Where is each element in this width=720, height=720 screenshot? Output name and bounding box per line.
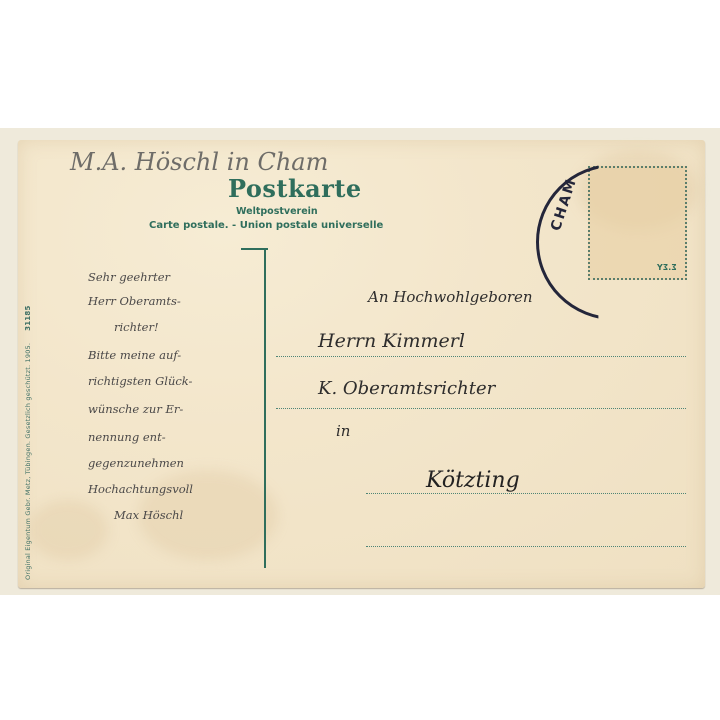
address-city: Kötzting	[426, 468, 520, 493]
address-dotted-line	[276, 356, 686, 357]
message-line: Herr Oberamts-	[88, 294, 181, 308]
message-line: richter!	[114, 320, 159, 334]
message-line: richtigsten Glück-	[88, 374, 192, 388]
catalog-number: 31185	[24, 305, 32, 330]
address-line: Herrn Kimmerl	[318, 330, 465, 352]
publisher-imprint: Original Eigentum Gebr. Metz, Tübingen. …	[24, 305, 32, 580]
message-line: nennung ent-	[88, 430, 166, 444]
address-dotted-line	[366, 493, 686, 494]
address-line: K. Oberamtsrichter	[318, 378, 495, 399]
stain	[28, 500, 108, 560]
address-line: An Hochwohlgeboren	[368, 288, 533, 306]
message-line: Sehr geehrter	[88, 270, 170, 284]
postcard-union-line: Carte postale. - Union postale universel…	[149, 220, 383, 231]
postcard-subtitle: Weltpostverein	[236, 206, 318, 217]
sender-handwriting: M.A. Höschl in Cham	[70, 148, 328, 176]
stamp-area: Σ.ΣΥ	[588, 166, 687, 280]
postcard-title: Postkarte	[228, 174, 362, 203]
message-line: Max Höschl	[114, 508, 183, 522]
address-dotted-line	[366, 546, 686, 547]
publisher-line: Original Eigentum Gebr. Metz, Tübingen. …	[24, 343, 32, 580]
address-line: in	[336, 422, 350, 440]
address-dotted-line	[276, 408, 686, 409]
message-line: wünsche zur Er-	[88, 402, 183, 416]
postcard: M.A. Höschl in Cham Postkarte Weltpostve…	[18, 140, 705, 588]
stamp-fragment: Σ.ΣΥ	[657, 263, 677, 272]
message-line: gegenzunehmen	[88, 456, 184, 470]
message-line: Hochachtungsvoll	[88, 482, 193, 496]
divider-vertical	[264, 248, 266, 568]
message-line: Bitte meine auf-	[88, 348, 181, 362]
